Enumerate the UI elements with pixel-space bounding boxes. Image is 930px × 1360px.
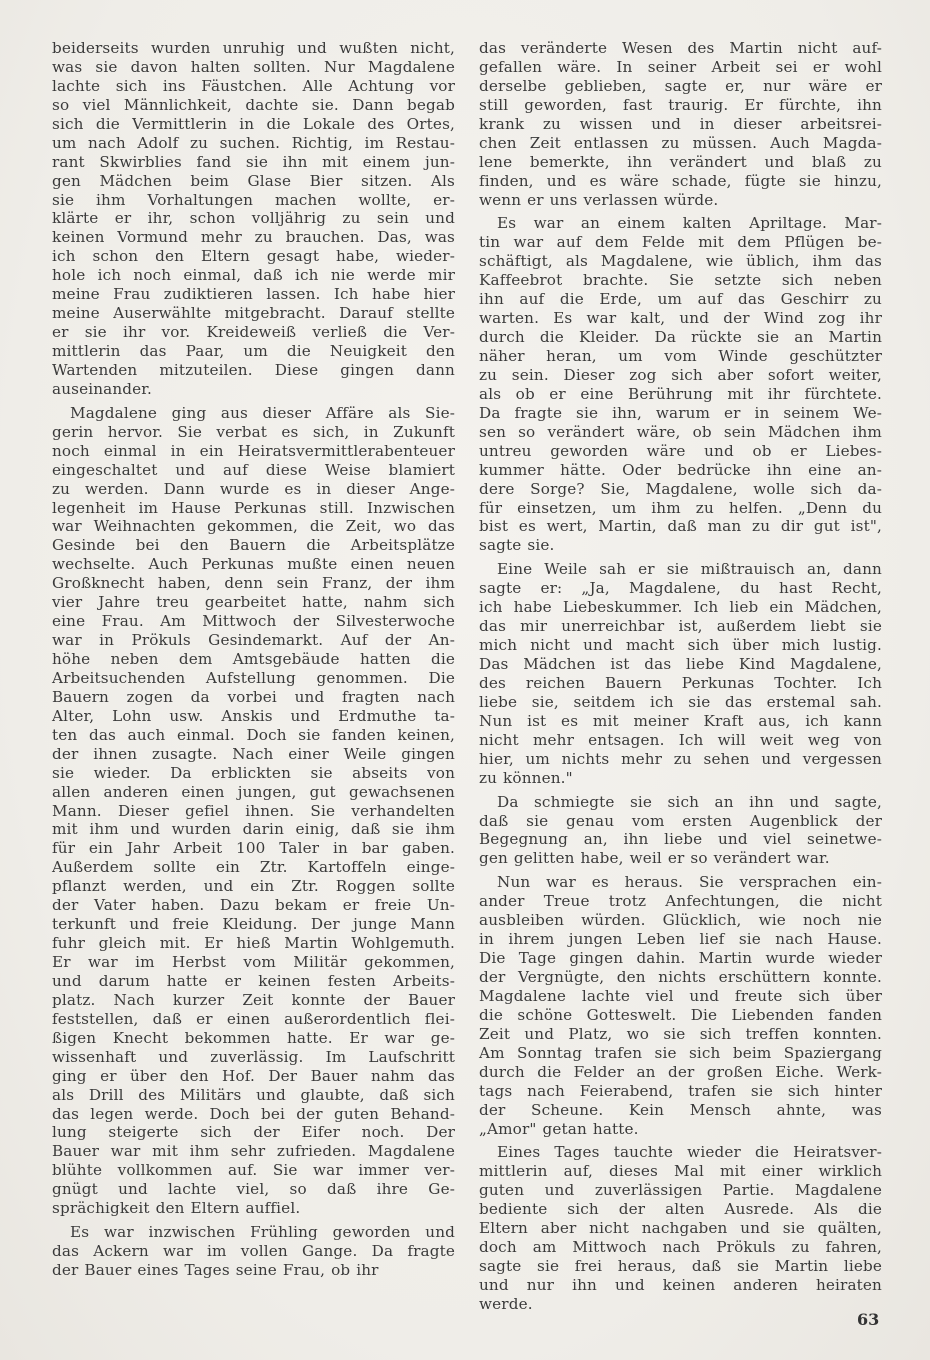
text-line: bediente sich der alten Ausrede. Als die — [479, 1200, 882, 1219]
text-line: zu werden. Dann wurde es in dieser Ange- — [52, 480, 455, 499]
right-text-column: das veränderte Wesen des Martin nicht au… — [479, 39, 882, 1314]
text-line: daß sie genau vom ersten Augenblick der — [479, 812, 882, 831]
text-line: werde. — [479, 1295, 882, 1314]
text-line: des reichen Bauern Perkunas Tochter. Ich — [479, 674, 882, 693]
text-line: Gesinde bei den Bauern die Arbeitsplätze — [52, 536, 455, 555]
text-line: näher heran, um vom Winde geschützter — [479, 347, 882, 366]
text-line: lung steigerte sich der Eifer noch. Der — [52, 1123, 455, 1142]
text-line: wechselte. Auch Perkunas mußte einen neu… — [52, 555, 455, 574]
text-line: klärte er ihr, schon volljährig zu sein … — [52, 209, 455, 228]
text-line: Arbeitsuchenden Aufstellung genommen. Di… — [52, 669, 455, 688]
text-line: sagte er: „Ja, Magdalene, du hast Recht, — [479, 579, 882, 598]
text-line: meine Frau zudiktieren lassen. Ich habe … — [52, 285, 455, 304]
text-line: blühte vollkommen auf. Sie war immer ver… — [52, 1161, 455, 1180]
text-line: der ihnen zusagte. Nach einer Weile ging… — [52, 745, 455, 764]
text-line: ging er über den Hof. Der Bauer nahm das — [52, 1067, 455, 1086]
text-line: der Scheune. Kein Mensch ahnte, was — [479, 1101, 882, 1120]
text-line: der Bauer eines Tages seine Frau, ob ihr — [52, 1261, 455, 1280]
text-line: pflanzt werden, und ein Ztr. Roggen soll… — [52, 877, 455, 896]
text-line: höhe neben dem Amtsgebäude hatten die — [52, 650, 455, 669]
text-line: wissenhaft und zuverlässig. Im Laufschri… — [52, 1048, 455, 1067]
text-line: Bauern zogen da vorbei und fragten nach — [52, 688, 455, 707]
text-line: zu können." — [479, 769, 882, 788]
text-line: liebe sie, seitdem ich sie das erstemal … — [479, 693, 882, 712]
text-line: der Vergnügte, den nichts erschüttern ko… — [479, 968, 882, 987]
text-line: zu sein. Dieser zog sich aber sofort wei… — [479, 366, 882, 385]
text-line: die schöne Gotteswelt. Die Liebenden fan… — [479, 1006, 882, 1025]
paragraph: Es war inzwischen Frühling geworden undd… — [52, 1223, 455, 1280]
text-line: und nur ihn und keinen anderen heiraten — [479, 1276, 882, 1295]
text-line: Eine Weile sah er sie mißtrauisch an, da… — [479, 560, 882, 579]
text-line: meine Auserwählte mitgebracht. Darauf st… — [52, 304, 455, 323]
text-line: sagte sie frei heraus, daß sie Martin li… — [479, 1257, 882, 1276]
text-line: eine Frau. Am Mittwoch der Silvesterwoch… — [52, 612, 455, 631]
text-line: gerin hervor. Sie verbat es sich, in Zuk… — [52, 423, 455, 442]
text-line: finden, und es wäre schade, fügte sie hi… — [479, 172, 882, 191]
text-line: ihn auf die Erde, um auf das Geschirr zu — [479, 290, 882, 309]
text-line: vier Jahre treu gearbeitet hatte, nahm s… — [52, 593, 455, 612]
text-line: noch einmal in ein Heiratsvermittleraben… — [52, 442, 455, 461]
text-line: ausbleiben würden. Glücklich, wie noch n… — [479, 911, 882, 930]
paragraph: Eine Weile sah er sie mißtrauisch an, da… — [479, 560, 882, 787]
page-number: 63 — [857, 1310, 879, 1329]
text-line: eingeschaltet und auf diese Weise blamie… — [52, 461, 455, 480]
text-line: sprächigkeit den Eltern auffiel. — [52, 1199, 455, 1218]
text-line: Zeit und Platz, wo sie sich treffen konn… — [479, 1025, 882, 1044]
text-line: mittlerin auf, dieses Mal mit einer wirk… — [479, 1162, 882, 1181]
paragraph: Eines Tages tauchte wieder die Heiratsve… — [479, 1143, 882, 1313]
text-line: tin war auf dem Felde mit dem Pflügen be… — [479, 233, 882, 252]
text-line: Er war im Herbst vom Militär gekommen, — [52, 953, 455, 972]
text-line: nicht mehr entsagen. Ich will weit weg v… — [479, 731, 882, 750]
text-line: mittlerin das Paar, um die Neuigkeit den — [52, 342, 455, 361]
text-line: ßigen Knecht bekommen hatte. Er war ge- — [52, 1029, 455, 1048]
text-line: rant Skwirblies fand sie ihn mit einem j… — [52, 153, 455, 172]
text-line: auseinander. — [52, 380, 455, 399]
text-line: Kaffeebrot brachte. Sie setzte sich nebe… — [479, 271, 882, 290]
text-line: bist es wert, Martin, daß man zu dir gut… — [479, 517, 882, 536]
text-line: mich nicht und macht sich über mich lust… — [479, 636, 882, 655]
text-line: Es war inzwischen Frühling geworden und — [52, 1223, 455, 1242]
text-line: platz. Nach kurzer Zeit konnte der Bauer — [52, 991, 455, 1010]
text-line: sen so verändert wäre, ob sein Mädchen i… — [479, 423, 882, 442]
text-line: lene bemerkte, ihn verändert und blaß zu — [479, 153, 882, 172]
text-line: dere Sorge? Sie, Magdalene, wolle sich d… — [479, 480, 882, 499]
text-line: sie wieder. Da erblickten sie abseits vo… — [52, 764, 455, 783]
text-line: krank zu wissen und in dieser arbeitsrei… — [479, 115, 882, 134]
text-line: und darum hatte er keinen festen Arbeits… — [52, 972, 455, 991]
paragraph: Da schmiegte sie sich an ihn und sagte,d… — [479, 793, 882, 869]
text-line: Mann. Dieser gefiel ihnen. Sie verhandel… — [52, 802, 455, 821]
text-line: durch die Kleider. Da rückte sie an Mart… — [479, 328, 882, 347]
paragraph: Magdalene ging aus dieser Affäre als Sie… — [52, 404, 455, 1218]
text-line: in ihrem jungen Leben lief sie nach Haus… — [479, 930, 882, 949]
text-line: das Ackern war im vollen Gange. Da fragt… — [52, 1242, 455, 1261]
text-line: so viel Männlichkeit, dachte sie. Dann b… — [52, 96, 455, 115]
text-line: lachte sich ins Fäustchen. Alle Achtung … — [52, 77, 455, 96]
text-line: ich schon den Eltern gesagt habe, wieder… — [52, 247, 455, 266]
text-line: Eltern aber nicht nachgaben und sie quäl… — [479, 1219, 882, 1238]
text-line: gefallen wäre. In seiner Arbeit sei er w… — [479, 58, 882, 77]
text-line: hier, um nichts mehr zu sehen und verges… — [479, 750, 882, 769]
text-line: chen Zeit entlassen zu müssen. Auch Magd… — [479, 134, 882, 153]
text-line: keinen Vormund mehr zu brauchen. Das, wa… — [52, 228, 455, 247]
text-line: das veränderte Wesen des Martin nicht au… — [479, 39, 882, 58]
paragraph: beiderseits wurden unruhig und wußten ni… — [52, 39, 455, 399]
text-line: hole ich noch einmal, daß ich nie werde … — [52, 266, 455, 285]
text-line: feststellen, daß er einen außerordentlic… — [52, 1010, 455, 1029]
text-line: derselbe geblieben, sagte er, nur wäre e… — [479, 77, 882, 96]
text-line: beiderseits wurden unruhig und wußten ni… — [52, 39, 455, 58]
text-line: kummer hätte. Oder bedrücke ihn eine an- — [479, 461, 882, 480]
text-line: warten. Es war kalt, und der Wind zog ih… — [479, 309, 882, 328]
text-line: war in Prökuls Gesindemarkt. Auf der An- — [52, 631, 455, 650]
book-page: beiderseits wurden unruhig und wußten ni… — [0, 0, 930, 1360]
text-line: Bauer war mit ihm sehr zufrieden. Magdal… — [52, 1142, 455, 1161]
text-line: sie ihm Vorhaltungen machen wollte, er- — [52, 191, 455, 210]
text-line: Da fragte sie ihn, warum er in seinem We… — [479, 404, 882, 423]
text-line: Großknecht haben, denn sein Franz, der i… — [52, 574, 455, 593]
text-line: Magdalene lachte viel und freute sich üb… — [479, 987, 882, 1006]
paragraph: Nun war es heraus. Sie versprachen ein-a… — [479, 873, 882, 1138]
text-line: sich die Vermittlerin in die Lokale des … — [52, 115, 455, 134]
text-line: war Weihnachten gekommen, die Zeit, wo d… — [52, 517, 455, 536]
text-line: untreu geworden wäre und ob er Liebes- — [479, 442, 882, 461]
text-line: Eines Tages tauchte wieder die Heiratsve… — [479, 1143, 882, 1162]
text-line: er sie ihr vor. Kreideweiß verließ die V… — [52, 323, 455, 342]
text-line: als ob er eine Berührung mit ihr fürchte… — [479, 385, 882, 404]
text-line: als Drill des Militärs und glaubte, daß … — [52, 1086, 455, 1105]
text-line: allen anderen einen jungen, gut gewachse… — [52, 783, 455, 802]
text-line: wenn er uns verlassen würde. — [479, 191, 882, 210]
text-line: Magdalene ging aus dieser Affäre als Sie… — [52, 404, 455, 423]
text-line: tags nach Feierabend, trafen sie sich hi… — [479, 1082, 882, 1101]
text-line: ten das auch einmal. Doch sie fanden kei… — [52, 726, 455, 745]
text-line: für einsetzen, um ihm zu helfen. „Denn d… — [479, 499, 882, 518]
text-line: Nun ist es mit meiner Kraft aus, ich kan… — [479, 712, 882, 731]
paragraph: das veränderte Wesen des Martin nicht au… — [479, 39, 882, 209]
text-line: guten und zuverlässigen Partie. Magdalen… — [479, 1181, 882, 1200]
text-line: legenheit im Hause Perkunas still. Inzwi… — [52, 499, 455, 518]
text-line: fuhr gleich mit. Er hieß Martin Wohlgemu… — [52, 934, 455, 953]
text-line: Am Sonntag trafen sie sich beim Spazierg… — [479, 1044, 882, 1063]
text-line: ich habe Liebeskummer. Ich lieb ein Mädc… — [479, 598, 882, 617]
text-line: gen gelitten habe, weil er so verändert … — [479, 849, 882, 868]
text-line: Wartenden mitzuteilen. Diese gingen dann — [52, 361, 455, 380]
text-line: „Amor" getan hatte. — [479, 1120, 882, 1139]
text-line: für ein Jahr Arbeit 100 Taler in bar gab… — [52, 839, 455, 858]
text-line: Begegnung an, ihn liebe und viel seinetw… — [479, 830, 882, 849]
text-line: mit ihm und wurden darin einig, daß sie … — [52, 820, 455, 839]
text-line: terkunft und freie Kleidung. Der junge M… — [52, 915, 455, 934]
text-line: Es war an einem kalten Apriltage. Mar- — [479, 214, 882, 233]
text-line: der Vater haben. Dazu bekam er freie Un- — [52, 896, 455, 915]
text-line: das legen werde. Doch bei der guten Beha… — [52, 1105, 455, 1124]
text-line: Außerdem sollte ein Ztr. Kartoffeln eing… — [52, 858, 455, 877]
text-line: schäftigt, als Magdalene, wie üblich, ih… — [479, 252, 882, 271]
left-text-column: beiderseits wurden unruhig und wußten ni… — [52, 39, 455, 1280]
text-line: sagte sie. — [479, 536, 882, 555]
text-line: Alter, Lohn usw. Anskis und Erdmuthe ta- — [52, 707, 455, 726]
text-line: doch am Mittwoch nach Prökuls zu fahren, — [479, 1238, 882, 1257]
text-line: was sie davon halten sollten. Nur Magdal… — [52, 58, 455, 77]
text-line: Das Mädchen ist das liebe Kind Magdalene… — [479, 655, 882, 674]
text-line: still geworden, fast traurig. Er fürchte… — [479, 96, 882, 115]
text-line: das mir unerreichbar ist, außerdem liebt… — [479, 617, 882, 636]
text-line: ander Treue trotz Anfechtungen, die nich… — [479, 892, 882, 911]
text-line: Da schmiegte sie sich an ihn und sagte, — [479, 793, 882, 812]
paragraph: Es war an einem kalten Apriltage. Mar-ti… — [479, 214, 882, 555]
text-line: Die Tage gingen dahin. Martin wurde wied… — [479, 949, 882, 968]
text-line: Nun war es heraus. Sie versprachen ein- — [479, 873, 882, 892]
text-line: gnügt und lachte viel, so daß ihre Ge- — [52, 1180, 455, 1199]
text-line: gen Mädchen beim Glase Bier sitzen. Als — [52, 172, 455, 191]
text-line: durch die Felder an der großen Eiche. We… — [479, 1063, 882, 1082]
text-line: um nach Adolf zu suchen. Richtig, im Res… — [52, 134, 455, 153]
